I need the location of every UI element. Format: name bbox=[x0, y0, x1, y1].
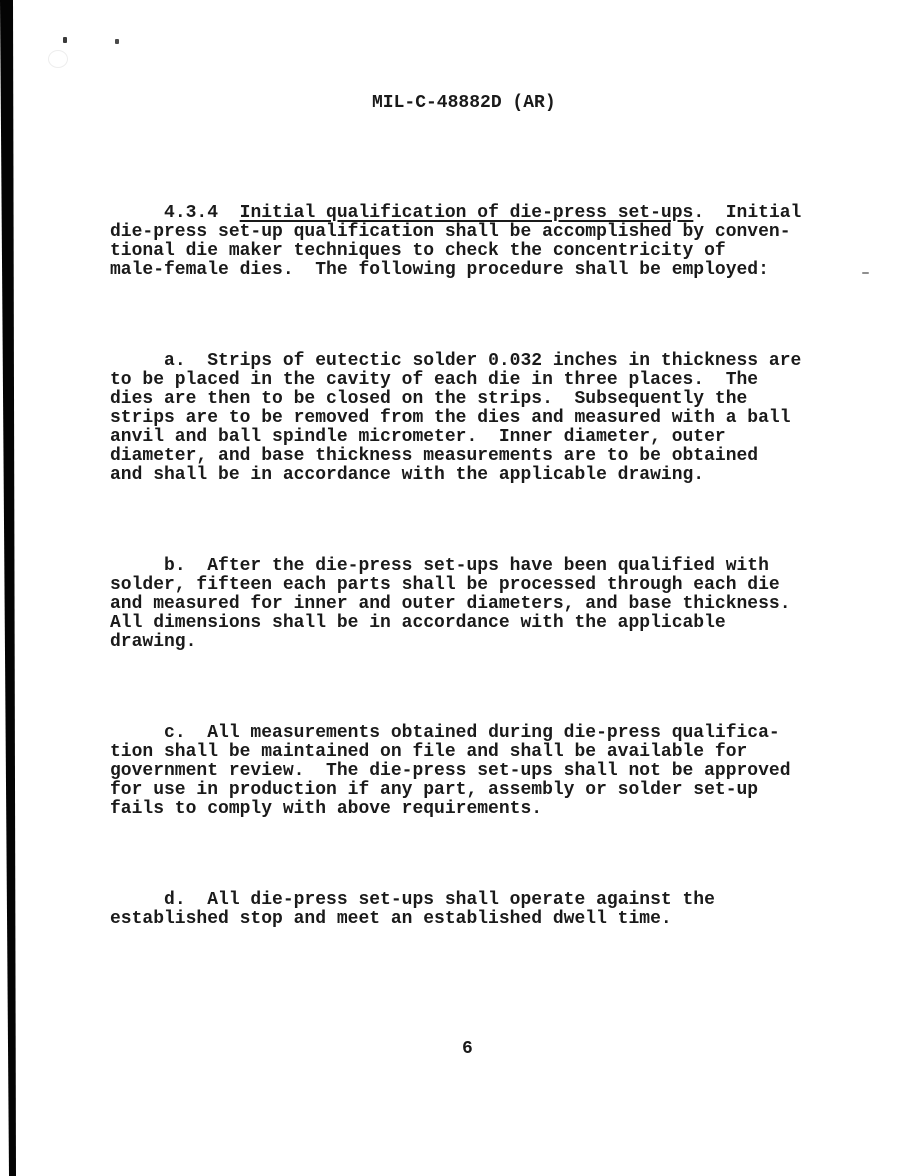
document-page: MIL-C-48882D (AR) 4.3.4 Initial qualific… bbox=[0, 0, 906, 1176]
document-body: 4.3.4 Initial qualification of die-press… bbox=[110, 147, 834, 986]
document-id-header: MIL-C-48882D (AR) bbox=[372, 93, 556, 113]
section-4-3-4-paragraph: 4.3.4 Initial qualification of die-press… bbox=[110, 204, 834, 280]
scan-speck bbox=[862, 272, 869, 274]
list-item-c: c. All measurements obtained during die-… bbox=[110, 724, 834, 819]
section-number: 4.3.4 bbox=[110, 203, 240, 223]
scan-speck bbox=[63, 37, 67, 43]
list-item-a: a. Strips of eutectic solder 0.032 inche… bbox=[110, 352, 834, 485]
scan-smudge bbox=[48, 50, 68, 68]
list-item-b: b. After the die-press set-ups have been… bbox=[110, 557, 834, 652]
page-number: 6 bbox=[462, 1039, 473, 1059]
list-item-d: d. All die-press set-ups shall operate a… bbox=[110, 891, 834, 929]
scan-speck bbox=[115, 39, 119, 44]
section-heading-underlined: Initial qualification of die-press set-u… bbox=[240, 203, 694, 223]
scan-edge-artifact bbox=[0, 0, 22, 1176]
